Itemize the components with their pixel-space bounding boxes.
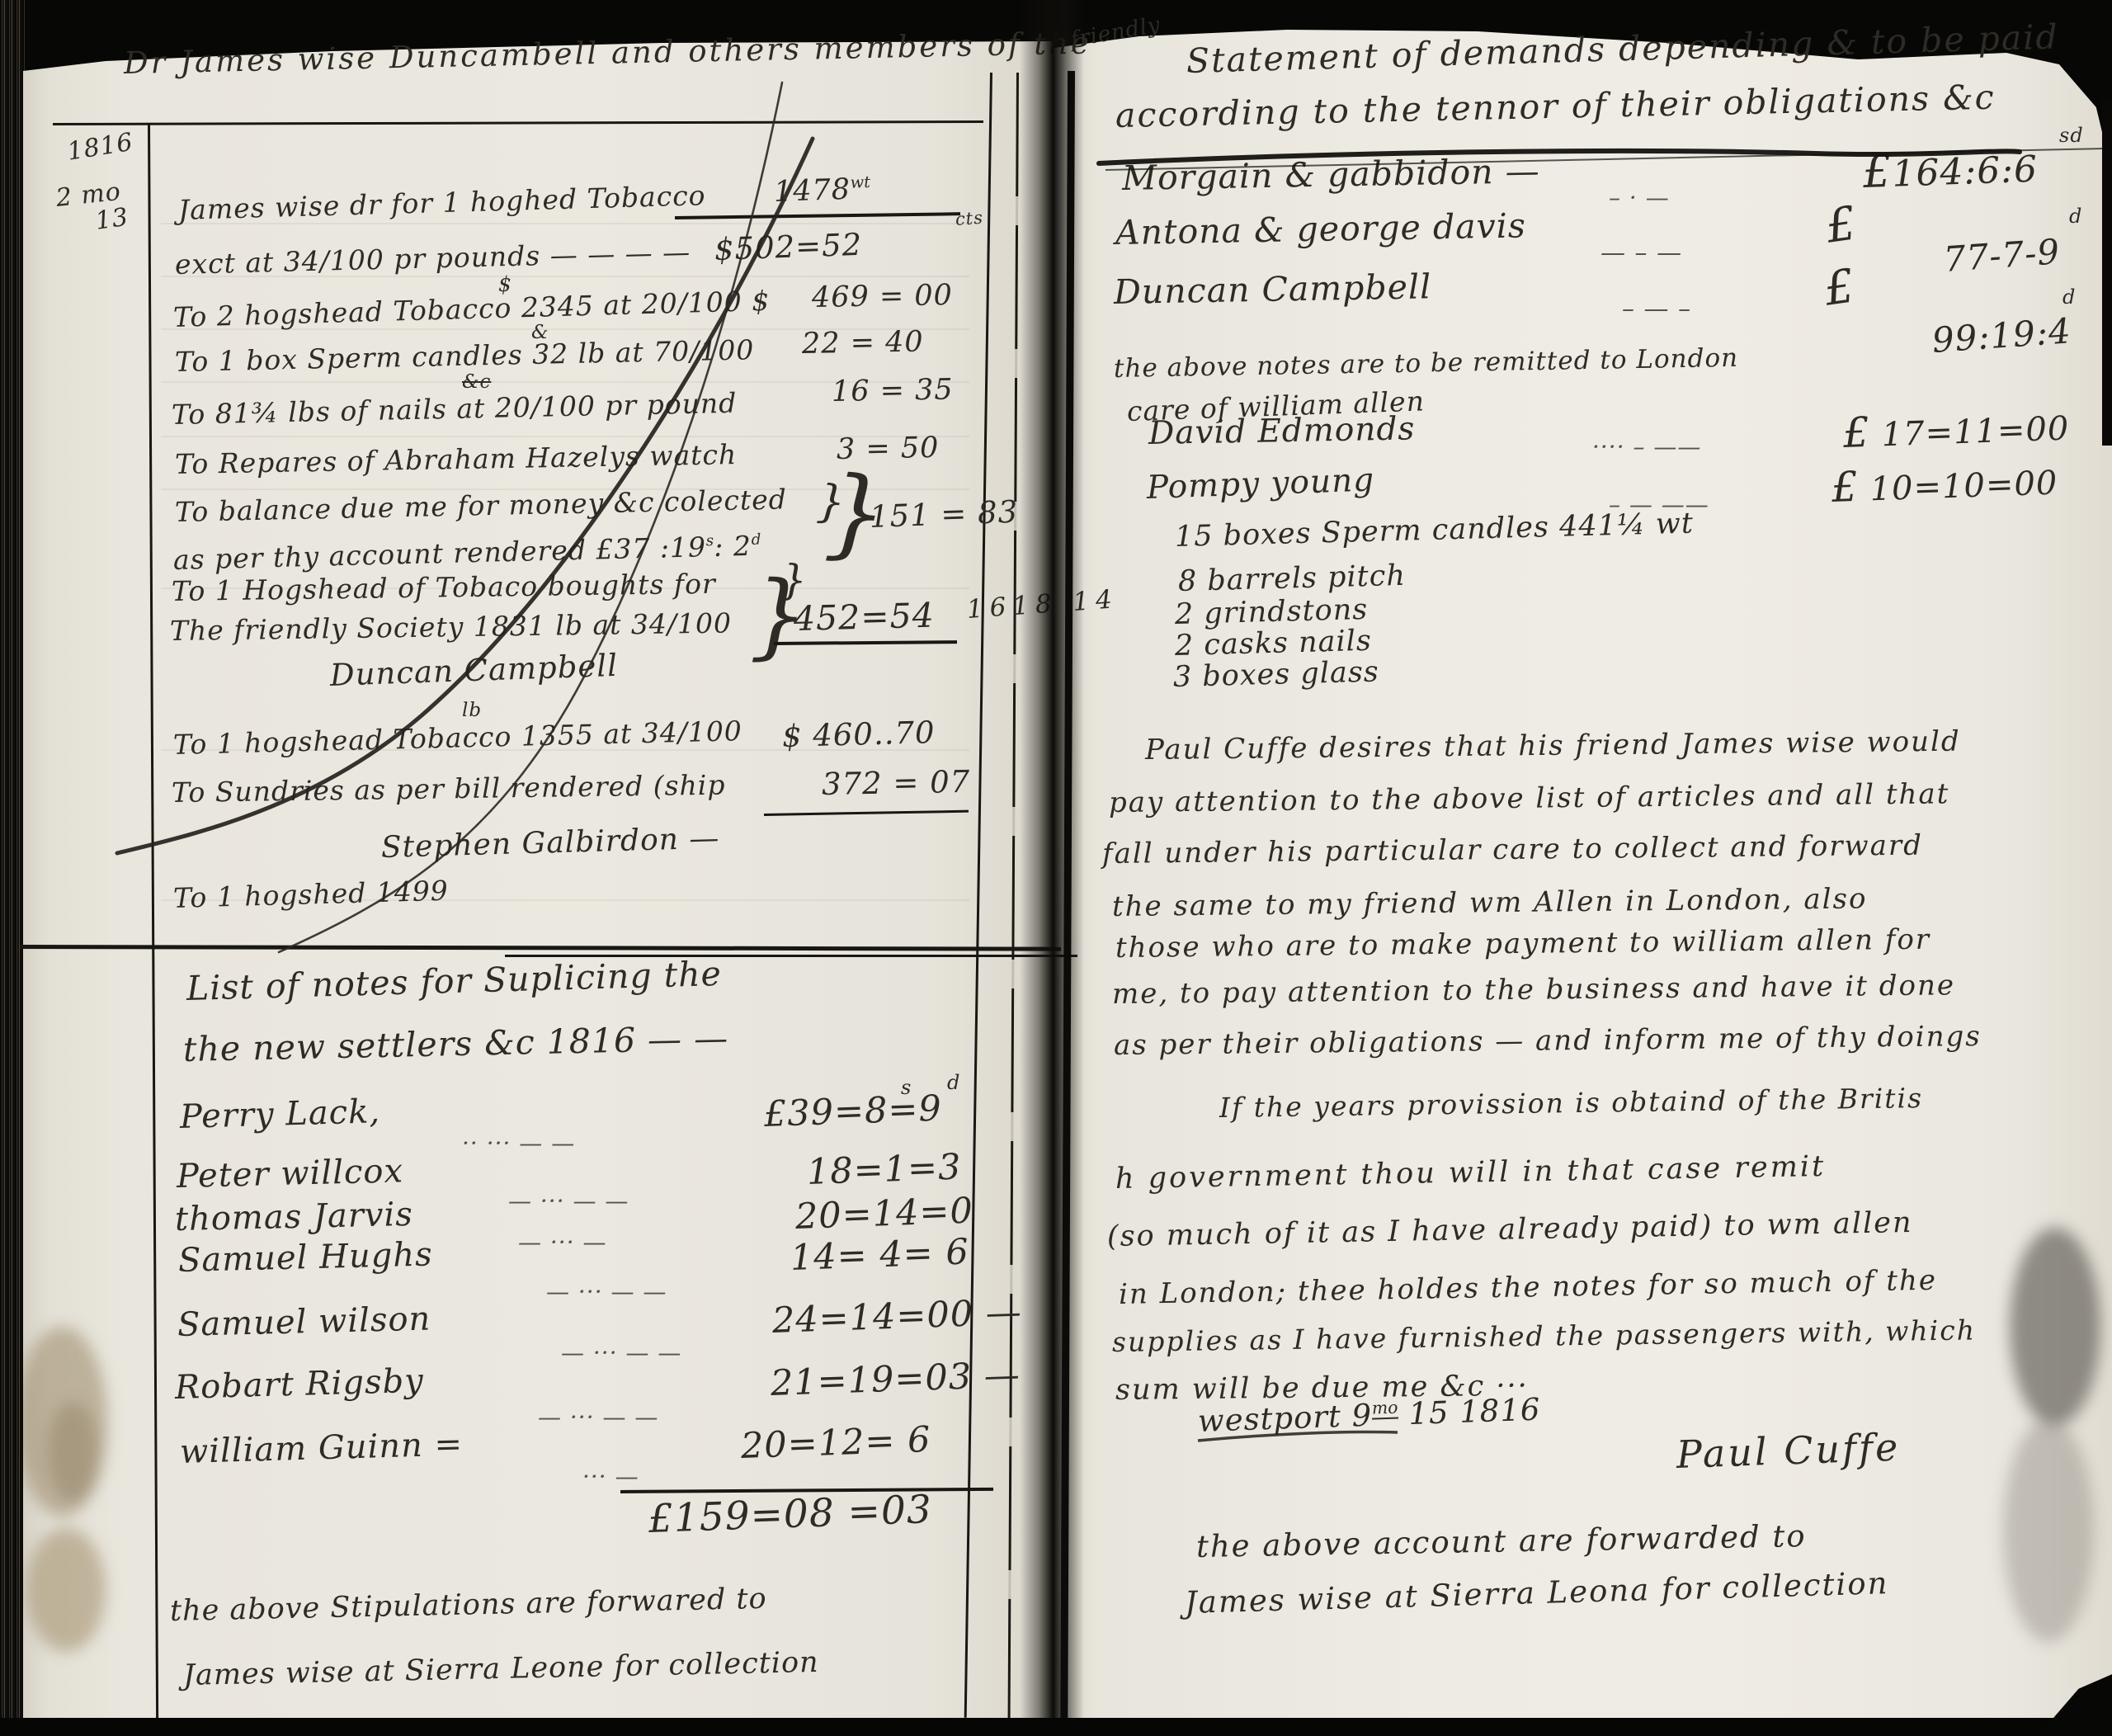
ledger-scan: Dr James wise Duncambell and others memb… (0, 0, 2112, 1736)
edge-sliver (2102, 99, 2112, 446)
bottom-band (0, 1718, 2112, 1736)
book-gutter (1020, 0, 1084, 1736)
